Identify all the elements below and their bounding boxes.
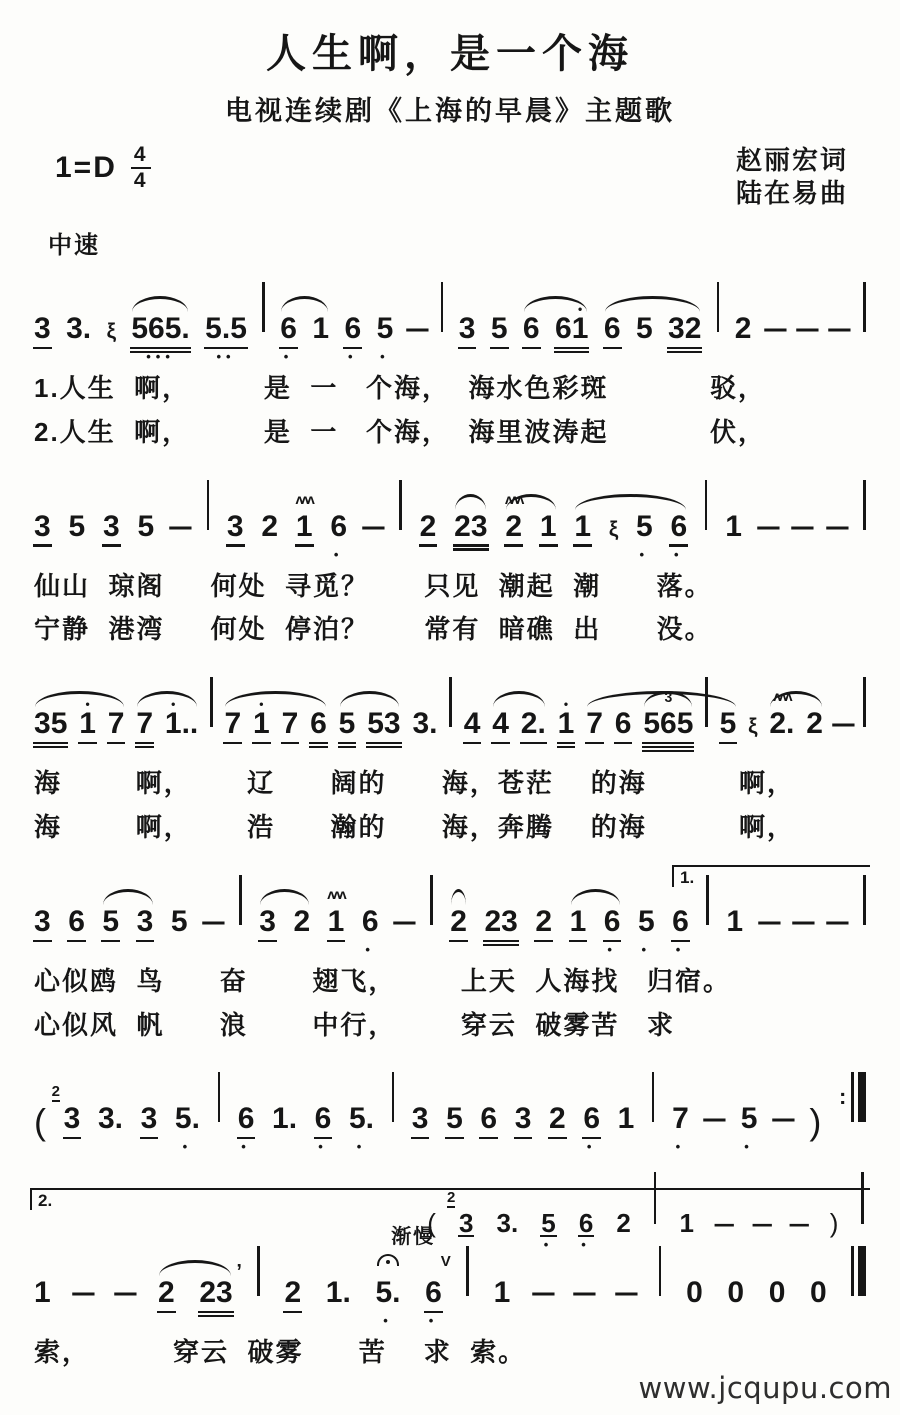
beam-underline xyxy=(198,1315,233,1317)
slide-ornament-icon: ξ xyxy=(609,519,618,560)
note-token: 1 xyxy=(312,314,329,362)
slide-ornament-icon: ξ xyxy=(107,321,116,362)
lyrics-line: 心似鸥 鸟 奋 翅飞， 上天 人海找 归宿。 xyxy=(34,965,870,999)
note-token: 5 xyxy=(491,314,508,362)
note-token: 6• xyxy=(362,907,379,955)
note-token: 0 xyxy=(810,1278,827,1326)
note-token: 6 xyxy=(480,1104,497,1152)
note-token: 2 xyxy=(261,512,278,560)
breath-icon: ’ xyxy=(236,1262,242,1282)
note-token: 32 xyxy=(64,1104,81,1152)
beam-underline xyxy=(226,544,245,546)
low-octave-dots: • xyxy=(377,350,394,363)
note-token: 7• xyxy=(672,1104,689,1152)
key-label: 1=D xyxy=(55,151,117,185)
mordent-icon: ʌʌʌ xyxy=(295,492,312,506)
note-token: 1 xyxy=(494,1278,511,1326)
beam-underline xyxy=(281,742,300,744)
high-octave-note: 1 xyxy=(79,709,96,739)
beam-underline xyxy=(514,1137,533,1139)
duration-dash: – xyxy=(756,512,781,560)
notation-row: 3535–321ʌʌʌ6•–2232ʌʌʌ11ξ5•6•1––– xyxy=(30,484,870,560)
notation-row: (323.5•6•21–––) xyxy=(423,1186,868,1250)
note-token: 1ʌʌʌ xyxy=(328,907,345,955)
parenthesis: ) xyxy=(830,1210,839,1250)
note-token: 53 xyxy=(367,709,400,757)
note-token: 5 xyxy=(102,907,119,955)
note-token: 5 xyxy=(69,512,86,560)
duration-dash: – xyxy=(790,512,815,560)
note-token: 3 xyxy=(34,314,51,362)
lyrics-line: 宁静 港湾 何处 停泊？ 常有 暗礁 出 没。 xyxy=(34,613,870,647)
beam-underline xyxy=(33,940,52,942)
note-token: 5 xyxy=(446,1104,463,1152)
beam-underline xyxy=(366,746,401,748)
beam-underline xyxy=(411,1137,430,1139)
song-subtitle: 电视连续剧《上海的早晨》主题歌 xyxy=(0,89,900,128)
tempo-change-label: 渐慢 xyxy=(391,1220,435,1249)
beam-underline xyxy=(33,347,52,349)
note-token: 3. xyxy=(497,1210,519,1250)
duration-dash: – xyxy=(361,512,386,560)
beam-underline xyxy=(491,742,510,744)
note-token: 3 xyxy=(103,512,120,560)
note-token: 5 xyxy=(720,709,737,757)
high-octave-note: 1 xyxy=(558,709,575,739)
note-token: 5.• xyxy=(375,1278,400,1326)
low-octave-dots: • xyxy=(175,1140,200,1153)
meta-row: 1=D 4 4 赵丽宏词 陆在易曲 xyxy=(0,128,900,209)
note-token: 32 xyxy=(459,1210,473,1250)
note-token: 3 xyxy=(412,1104,429,1152)
barline xyxy=(705,677,708,745)
beam-underline xyxy=(327,940,346,942)
composer-credit: 陆在易曲 xyxy=(736,177,848,210)
note-token: 1 xyxy=(253,709,270,757)
note-token: 1 xyxy=(574,512,591,560)
note-token: 6•V xyxy=(425,1278,442,1326)
note-token: 6• xyxy=(583,1104,600,1152)
lyrics-line: 海 啊， 辽 阔的 海，苍茫 的海 啊， xyxy=(34,767,870,801)
note-token: 1 xyxy=(725,512,742,560)
note-token: 0 xyxy=(727,1278,744,1326)
low-octave-dots: ••• xyxy=(131,350,189,363)
beam-underline xyxy=(258,940,277,942)
note-token: 61 xyxy=(555,314,588,362)
beam-underline xyxy=(78,742,97,744)
slur-arc xyxy=(524,296,587,312)
low-octave-dots: • xyxy=(238,1140,255,1153)
note-token: 5 xyxy=(138,512,155,560)
beam-underline xyxy=(135,746,154,748)
note-token: 3 xyxy=(227,512,244,560)
note-token: 6• xyxy=(238,1104,255,1152)
note-token: 3 xyxy=(137,907,154,955)
beam-underline xyxy=(573,544,592,546)
barline xyxy=(654,1172,657,1238)
duration-dash: – xyxy=(795,314,820,362)
note-token: 5 xyxy=(171,907,188,955)
barline xyxy=(239,875,242,943)
note-token: 2 xyxy=(806,709,823,757)
duration-dash: – xyxy=(789,1210,811,1250)
note-token: 6• xyxy=(344,314,361,362)
note-token: 7 xyxy=(136,709,153,757)
beam-underline xyxy=(667,351,702,353)
beam-underline xyxy=(157,1311,176,1313)
beam-underline xyxy=(614,742,633,744)
note-token: 2ʌʌʌ xyxy=(505,512,522,560)
barline xyxy=(449,677,452,745)
final-barline xyxy=(851,1246,866,1314)
note-token: 3 xyxy=(459,314,476,362)
beam-underline xyxy=(603,347,622,349)
beam-underline xyxy=(101,940,120,942)
beam-underline xyxy=(102,544,121,546)
beam-underline xyxy=(140,1137,159,1139)
low-octave-dots: • xyxy=(315,1140,332,1153)
note-token: 3 xyxy=(259,907,276,955)
note-token: 5 xyxy=(636,314,653,362)
duration-dash: – xyxy=(392,907,417,955)
barline xyxy=(399,480,402,548)
duration-dash: – xyxy=(702,1104,727,1152)
beam-underline xyxy=(458,347,477,349)
beam-underline xyxy=(338,742,357,744)
lyrics-line: 仙山 琼阁 何处 寻觅？ 只见 潮起 潮 落。 xyxy=(34,570,870,604)
low-octave-dots: • xyxy=(672,1140,689,1153)
high-octave-note: 1 xyxy=(253,709,270,739)
beam-underline xyxy=(463,742,482,744)
slur-arc xyxy=(575,494,686,510)
lyrics-line: 2.人生 啊， 是 一 个海， 海里波涛起 伏， xyxy=(34,416,870,450)
note-token: 4 xyxy=(492,709,509,757)
fermata-icon xyxy=(377,1254,399,1266)
notation-row: 1––223’21.5.•6•V1–––0000渐慢 xyxy=(30,1250,870,1326)
note-token: 6 xyxy=(523,314,540,362)
note-token: 5• xyxy=(377,314,394,362)
barline xyxy=(430,875,433,943)
note-token: 0 xyxy=(686,1278,703,1326)
duration-dash: – xyxy=(763,314,788,362)
note-token: 6• xyxy=(604,907,621,955)
note-token: 2 xyxy=(735,314,752,362)
note-token: 6• xyxy=(330,512,347,560)
barline xyxy=(717,282,720,350)
low-octave-dots: • xyxy=(638,943,655,956)
note-token: 2 xyxy=(284,1278,301,1326)
notation-row: 36535–321ʌʌʌ6•–223216•5•6•1–––1. xyxy=(30,879,870,955)
barline xyxy=(705,480,708,548)
repeat-dots: : xyxy=(839,1086,846,1108)
lyrics-line: 1.人生 啊， 是 一 个海， 海水色彩斑 驳， xyxy=(34,372,870,406)
beam-underline xyxy=(309,746,328,748)
beam-underline xyxy=(667,347,702,349)
note-token: 23 xyxy=(454,512,487,560)
note-token: 2 xyxy=(158,1278,175,1326)
barline xyxy=(262,282,265,350)
slur-arc xyxy=(132,296,188,312)
duration-dash: – xyxy=(825,512,850,560)
note-token: 6 xyxy=(68,907,85,955)
duration-dash: – xyxy=(831,709,856,757)
beam-underline xyxy=(453,544,488,546)
breathV-icon: V xyxy=(441,1254,451,1269)
beam-underline xyxy=(483,944,518,946)
beam-underline xyxy=(453,548,488,550)
note-token: 2.ʌʌʌ xyxy=(769,709,794,757)
beam-underline xyxy=(223,742,242,744)
beam-underline xyxy=(520,742,547,744)
music-system-5: (323.35.•6•1.6•5.•356326•17•–5•–): xyxy=(30,1076,870,1152)
beam-underline xyxy=(338,746,357,748)
beam-underline xyxy=(107,742,126,744)
note-token: 2 xyxy=(450,907,467,955)
low-octave-dots: • xyxy=(375,1314,400,1327)
slur-arc xyxy=(605,296,700,312)
note-token: 7 xyxy=(224,709,241,757)
beam-underline xyxy=(366,742,401,744)
note-token: 2 xyxy=(549,1104,566,1152)
beam-underline xyxy=(554,351,589,353)
note-token: 6• xyxy=(579,1210,593,1250)
note-token: 5• xyxy=(636,512,653,560)
key-signature: 1=D 4 4 xyxy=(55,144,151,192)
notation-row: 33.ξ565.•••5.5••6•16•5•–3566165322––– xyxy=(30,286,870,362)
note-token: 1 xyxy=(558,709,575,757)
grace-note: 2 xyxy=(52,1084,60,1102)
duration-dash: – xyxy=(756,907,781,955)
note-token: 1 xyxy=(540,512,557,560)
slur-arc xyxy=(260,889,309,905)
low-octave-dots: • xyxy=(672,943,689,956)
lyricist-credit: 赵丽宏词 xyxy=(736,144,848,177)
barline xyxy=(466,1246,469,1314)
note-token: 1 xyxy=(618,1104,635,1152)
beam-underline xyxy=(642,750,694,752)
note-token: 5 xyxy=(339,709,356,757)
beam-underline xyxy=(719,742,738,744)
slur-arc xyxy=(225,691,326,707)
beam-underline xyxy=(585,742,604,744)
note-token: 4 xyxy=(464,709,481,757)
duration-dash: – xyxy=(572,1278,597,1326)
low-octave-dots: • xyxy=(670,548,687,561)
note-token: 2. xyxy=(521,709,546,757)
beam-underline xyxy=(569,940,588,942)
beam-underline xyxy=(557,742,576,744)
note-token: 1 xyxy=(79,709,96,757)
lyrics-line: 心似风 帆 浪 中行， 穿云 破雾苦 求 xyxy=(34,1009,870,1043)
beam-underline xyxy=(642,742,694,744)
note-token: 6 xyxy=(615,709,632,757)
low-octave-dots: • xyxy=(604,943,621,956)
beam-underline xyxy=(504,544,523,546)
note-token: 3. xyxy=(66,314,91,362)
low-octave-dots: • xyxy=(280,350,297,363)
note-token: 6• xyxy=(280,314,297,362)
note-token: 7 xyxy=(586,709,603,757)
low-octave-dots: • xyxy=(636,548,653,561)
slur-arc xyxy=(451,889,466,905)
note-token: 7 xyxy=(108,709,125,757)
beam-underline xyxy=(198,1311,233,1313)
low-octave-dots: •• xyxy=(205,350,247,363)
beam-underline xyxy=(642,746,694,748)
beam-underline xyxy=(419,544,438,546)
beam-underline xyxy=(136,940,155,942)
parenthesis: ) xyxy=(809,1104,821,1152)
beam-underline xyxy=(33,746,68,748)
barline xyxy=(441,282,444,350)
beam-underline xyxy=(539,544,558,546)
barline xyxy=(863,480,866,548)
grace-note: 2 xyxy=(447,1190,455,1208)
beam-underline xyxy=(252,742,271,744)
watermark-url: www.jcqupu.com xyxy=(639,1371,892,1405)
note-token: 5.• xyxy=(349,1104,374,1152)
beam-underline xyxy=(557,746,576,748)
slur-arc xyxy=(340,691,399,707)
duration-dash: – xyxy=(791,907,816,955)
beam-underline xyxy=(63,1137,82,1139)
duration-dash: – xyxy=(531,1278,556,1326)
first-ending-bracket: 1. xyxy=(672,865,870,887)
low-octave-dots: • xyxy=(349,1140,374,1153)
note-token: 5.5•• xyxy=(205,314,247,362)
beam-underline xyxy=(449,940,468,942)
beam-underline xyxy=(135,742,154,744)
barline xyxy=(863,282,866,350)
beam-underline xyxy=(483,940,518,942)
note-token: 7 xyxy=(282,709,299,757)
note-token: 1 xyxy=(570,907,587,955)
high-octave-note: 1 xyxy=(572,314,589,344)
note-token: 565.••• xyxy=(131,314,189,362)
mordent-icon: ʌʌʌ xyxy=(327,887,344,901)
beam-underline xyxy=(548,1137,567,1139)
note-token: 5• xyxy=(638,907,655,955)
music-system-3: 351771..71765533.442.17656535ξ2.ʌʌʌ2–海 啊… xyxy=(30,681,870,845)
note-token: 3. xyxy=(412,709,437,757)
beam-underline xyxy=(309,742,328,744)
note-token: 6 xyxy=(604,314,621,362)
slur-arc xyxy=(35,691,124,707)
note-token: 1ʌʌʌ xyxy=(296,512,313,560)
note-token: 2 xyxy=(535,907,552,955)
beam-underline xyxy=(479,1137,498,1139)
beam-underline xyxy=(283,1311,302,1313)
note-token: 5.• xyxy=(175,1104,200,1152)
lyrics-line: 索， 穿云 破雾 苦 求 索。 xyxy=(34,1336,870,1370)
duration-dash: – xyxy=(405,314,430,362)
beam-underline xyxy=(33,544,52,546)
duration-dash: – xyxy=(825,907,850,955)
beam-underline xyxy=(490,347,509,349)
barline xyxy=(257,1246,260,1314)
duration-dash: – xyxy=(751,1210,773,1250)
note-token: 35 xyxy=(34,709,67,757)
note-token: 1.. xyxy=(165,709,198,757)
note-token: 3 xyxy=(34,512,51,560)
duration-dash: – xyxy=(771,1104,796,1152)
note-token: 23 xyxy=(484,907,517,955)
music-system-4: 36535–321ʌʌʌ6•–223216•5•6•1–––1.心似鸥 鸟 奋 … xyxy=(30,879,870,1043)
duration-dash: – xyxy=(168,512,193,560)
credits: 赵丽宏词 陆在易曲 xyxy=(736,144,848,209)
slide-ornament-icon: ξ xyxy=(748,716,757,757)
note-token: 5• xyxy=(741,1104,758,1152)
music-system-1: 33.ξ565.•••5.5••6•16•5•–3566165322–––1.人… xyxy=(30,286,870,450)
note-token: 5• xyxy=(541,1210,555,1250)
note-token: 3 xyxy=(515,1104,532,1152)
slur-arc xyxy=(455,494,486,510)
note-token: 1 xyxy=(726,907,743,955)
meter-denominator: 4 xyxy=(134,169,148,192)
music-system-6: 2.(323.5•6•21–––)1––223’21.5.•6•V1–––000… xyxy=(30,1186,870,1370)
note-token: 0 xyxy=(769,1278,786,1326)
slur-arc xyxy=(159,1260,231,1276)
note-token: 3 xyxy=(141,1104,158,1152)
note-token: 6• xyxy=(670,512,687,560)
barline xyxy=(659,1246,662,1314)
music-system-2: 3535–321ʌʌʌ6•–2232ʌʌʌ11ξ5•6•1–––仙山 琼阁 何处… xyxy=(30,484,870,648)
note-token: 1. xyxy=(326,1278,351,1326)
duration-dash: – xyxy=(201,907,226,955)
low-octave-dots: • xyxy=(330,548,347,561)
duration-dash: – xyxy=(112,1278,137,1326)
low-octave-dots: • xyxy=(425,1314,442,1327)
ending-label: 1. xyxy=(680,868,694,888)
time-signature: 4 4 xyxy=(131,144,151,192)
note-token: 6 xyxy=(310,709,327,757)
notation-row: (323.35.•6•1.6•5.•356326•17•–5•–): xyxy=(30,1076,870,1152)
duration-dash: – xyxy=(827,314,852,362)
slur-arc xyxy=(571,889,620,905)
duration-dash: – xyxy=(713,1210,735,1250)
slur-arc xyxy=(103,889,153,905)
barline xyxy=(207,480,210,548)
beam-underline xyxy=(295,544,314,546)
note-token: 1 xyxy=(680,1210,694,1250)
note-token: 32 xyxy=(668,314,701,362)
note-token: 23’ xyxy=(199,1278,232,1326)
barline xyxy=(863,677,866,745)
barline xyxy=(861,1172,864,1238)
note-token: 1. xyxy=(272,1104,297,1152)
note-token: 2 xyxy=(293,907,310,955)
note-token: 6• xyxy=(672,907,689,955)
note-token: 1 xyxy=(34,1278,51,1326)
low-octave-dots: • xyxy=(362,943,379,956)
note-token: 6• xyxy=(315,1104,332,1152)
beam-underline xyxy=(458,1235,474,1237)
barline xyxy=(218,1072,221,1140)
barline xyxy=(210,677,213,745)
high-octave-note: 1 xyxy=(165,709,182,739)
low-octave-dots: • xyxy=(583,1140,600,1153)
barline xyxy=(652,1072,655,1140)
note-token: 3 xyxy=(34,907,51,955)
barline xyxy=(392,1072,395,1140)
notation-row: 351771..71765533.442.17656535ξ2.ʌʌʌ2– xyxy=(30,681,870,757)
song-title: 人生啊，是一个海 xyxy=(0,0,900,79)
lyrics-line: 海 啊， 浩 瀚的 海，奔腾 的海 啊， xyxy=(34,811,870,845)
beam-underline xyxy=(445,1137,464,1139)
duration-dash: – xyxy=(613,1278,638,1326)
low-octave-dots: • xyxy=(344,350,361,363)
ending-label: 2. xyxy=(38,1191,52,1211)
